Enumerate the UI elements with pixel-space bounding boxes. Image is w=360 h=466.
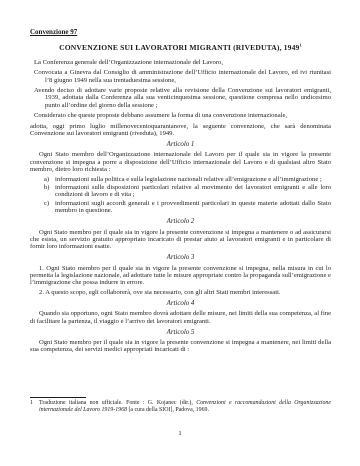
footnote-text-after: [a cura della SIOI], Padova, 1969. bbox=[127, 407, 209, 413]
list-item-text: informazioni sulla politica e sulla legi… bbox=[55, 176, 331, 183]
convention-number-header: Convenzione 97 bbox=[30, 29, 331, 36]
list-item-a: a) informazioni sulla politica e sulla l… bbox=[30, 176, 331, 183]
article-3-paragraph-2: 2. A questo scopo, egli collaborerà, ove… bbox=[30, 289, 331, 296]
preamble-paragraph: Avendo deciso di adottare varie proposte… bbox=[30, 87, 331, 109]
article-1-heading: Articolo 1 bbox=[30, 141, 331, 148]
footnote-body: 1 Traduzione italiana non ufficiale. Fon… bbox=[30, 400, 331, 413]
preamble-paragraph: La Conferenza generale dell’Organizzazio… bbox=[30, 59, 331, 66]
title-footnote-reference: 1 bbox=[299, 43, 301, 48]
title-text: CONVENZIONE SUI LAVORATORI MIGRANTI (RIV… bbox=[59, 43, 299, 52]
article-4-heading: Articolo 4 bbox=[30, 300, 331, 307]
preamble-paragraph: Convocata a Ginevra dal Consiglio di amm… bbox=[30, 69, 331, 84]
article-2-heading: Articolo 2 bbox=[30, 218, 331, 225]
article-1: Articolo 1 Ogni Stato membro dell’Organi… bbox=[30, 141, 331, 215]
article-3-heading: Articolo 3 bbox=[30, 254, 331, 261]
article-1-list: a) informazioni sulla politica e sulla l… bbox=[30, 176, 331, 215]
article-4: Articolo 4 Quando sia opportuno, ogni St… bbox=[30, 300, 331, 325]
article-3: Articolo 3 1. Ogni Stato membro per il q… bbox=[30, 254, 331, 296]
footnote-text-before: Traduzione italiana non ufficiale. Fonte… bbox=[39, 400, 196, 406]
footnote: 1 Traduzione italiana non ufficiale. Fon… bbox=[30, 397, 331, 413]
footnote-text: Traduzione italiana non ufficiale. Fonte… bbox=[39, 400, 331, 413]
article-2-paragraph: Ogni Stato membro per il quale sia in vi… bbox=[30, 229, 331, 251]
article-3-paragraph-1: 1. Ogni Stato membro per il quale sia in… bbox=[30, 265, 331, 287]
footnote-separator-rule bbox=[30, 397, 86, 398]
list-item-c: c) informazioni sugli accordi generali e… bbox=[30, 200, 331, 215]
page-number: 1 bbox=[0, 430, 360, 437]
list-item-b: b) informazioni sulle disposizioni parti… bbox=[30, 184, 331, 199]
document-page: Convenzione 97 CONVENZIONE SUI LAVORATOR… bbox=[0, 0, 360, 466]
article-2: Articolo 2 Ogni Stato membro per il qual… bbox=[30, 218, 331, 251]
list-item-marker: b) bbox=[44, 184, 55, 199]
article-4-paragraph: Quando sia opportuno, ogni Stato membro … bbox=[30, 310, 331, 325]
list-item-marker: a) bbox=[44, 176, 55, 183]
preamble-paragraph: Considerato che queste proposte debbano … bbox=[30, 112, 331, 119]
document-content: Convenzione 97 CONVENZIONE SUI LAVORATOR… bbox=[30, 29, 331, 356]
article-5: Articolo 5 Ogni Stato membro per il qual… bbox=[30, 329, 331, 354]
list-item-text: informazioni sulle disposizioni particol… bbox=[55, 184, 331, 199]
adoption-paragraph: adotta, oggi primo luglio millenovecento… bbox=[30, 123, 331, 138]
list-item-marker: c) bbox=[44, 200, 55, 215]
footnote-number: 1 bbox=[30, 400, 39, 413]
article-1-intro: Ogni Stato membro dell’Organizzazione in… bbox=[30, 151, 331, 173]
article-5-paragraph: Ogni Stato membro per il quale sia in vi… bbox=[30, 339, 331, 354]
list-item-text: informazioni sugli accordi generali e i … bbox=[55, 200, 331, 215]
article-5-heading: Articolo 5 bbox=[30, 329, 331, 336]
document-title: CONVENZIONE SUI LAVORATORI MIGRANTI (RIV… bbox=[30, 44, 331, 51]
